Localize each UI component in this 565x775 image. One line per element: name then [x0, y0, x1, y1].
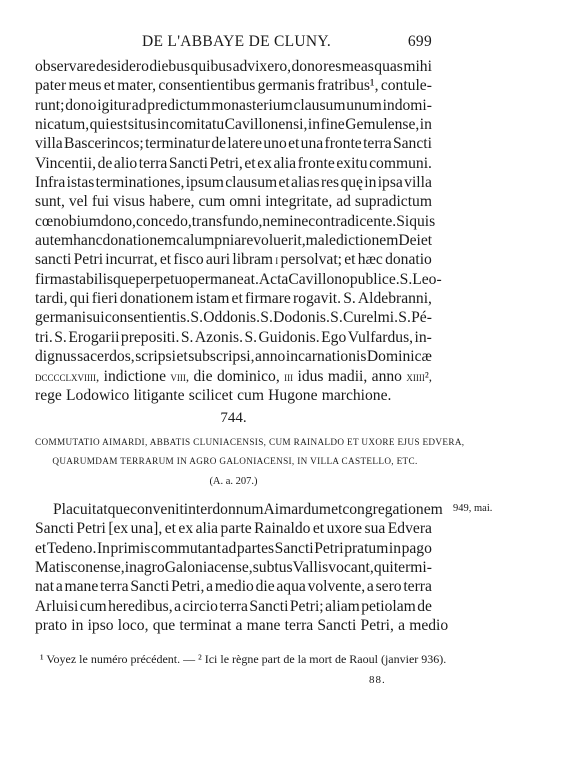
text-line: SanctiPetri[exuna],etexaliaparteRainaldo… [35, 519, 432, 538]
text-line: Infraistasterminationes,ipsumclausumetal… [35, 173, 432, 192]
text-line: nicatum,quiestsitusincomitatuCavillonens… [35, 115, 432, 134]
charter-title-line-1: Commutatio Aimardi, abbatis Cluniacensis… [35, 437, 435, 447]
charter-number: 744. [0, 410, 467, 427]
footnotes: ¹ Voyez le numéro précédent. — ² Ici le … [40, 652, 446, 667]
page-number: 699 [408, 33, 432, 51]
text-line: Vincentii,dealioterraSanctiPetri,etexali… [35, 154, 432, 173]
text-line: pratoinipsoloco,queterminatamaneterraSan… [35, 616, 432, 635]
text-line: cœnobiumdono,concedo,transfundo,nemineco… [35, 212, 432, 231]
text-line: dignussacerdos,scripsietsubscripsi,annoi… [35, 347, 432, 366]
text-line: patermeusetmater,consentientibusgermanis… [35, 76, 432, 95]
text-line: sanctiPetriincurrat,etfiscoaurilibramipe… [35, 250, 432, 269]
text-line: tardi,quifieridonationemistametfirmarero… [35, 289, 432, 308]
signature-mark: 88. [369, 674, 386, 686]
text-line: etTedeno.InprimiscommutantadpartesSancti… [35, 539, 432, 558]
charter-text: PlacuitatqueconvenitinterdonnumAimardume… [35, 500, 432, 635]
text-line: tri.S.Erogariiprepositi.S.Azonis.S.Guido… [35, 328, 432, 347]
text-line: runt;donoigituradpredictummonasteriumcla… [35, 96, 432, 115]
continued-charter-text: observaredesiderodiebusquibusadvixero,do… [35, 57, 432, 405]
text-line: autemhancdonationemcalumpniarevoluerit,m… [35, 231, 432, 250]
text-line: firmastabilisqueperpetuopermaneat.ActaCa… [35, 270, 432, 289]
margin-date: 949, mai. [453, 503, 492, 514]
text-line: natamaneterraSanctiPetri,amediodieaquavo… [35, 577, 432, 596]
text-line: observaredesiderodiebusquibusadvixero,do… [35, 57, 432, 76]
charter-reference: (A. a. 207.) [0, 476, 467, 487]
text-line: sunt,velfuivisushabere,cumomniintegritat… [35, 192, 432, 211]
text-line: villaBascerincos;terminaturdelatereunoet… [35, 134, 432, 153]
book-page: DE L'ABBAYE DE CLUNY. 699 observaredesid… [0, 0, 565, 775]
text-line: Arluisicumheredibus,acircioterraSanctiPe… [35, 597, 432, 616]
running-title: DE L'ABBAYE DE CLUNY. [142, 33, 331, 51]
text-line: dcccclxviiii,indictioneviii,diedominico,… [35, 367, 432, 386]
text-line: Matisconense,inagroGaloniacense,subtusVa… [35, 558, 432, 577]
text-line: germanisuiconsentientis.S.Oddonis.S.Dodo… [35, 308, 432, 327]
text-line: PlacuitatqueconvenitinterdonnumAimardume… [35, 500, 432, 519]
text-line: regeLodowicolitigantescilicetcumHugonema… [35, 386, 432, 405]
charter-title-line-2: quarumdam terrarum in agro Galoniacensi,… [35, 456, 435, 466]
running-head: DE L'ABBAYE DE CLUNY. 699 [35, 33, 432, 53]
